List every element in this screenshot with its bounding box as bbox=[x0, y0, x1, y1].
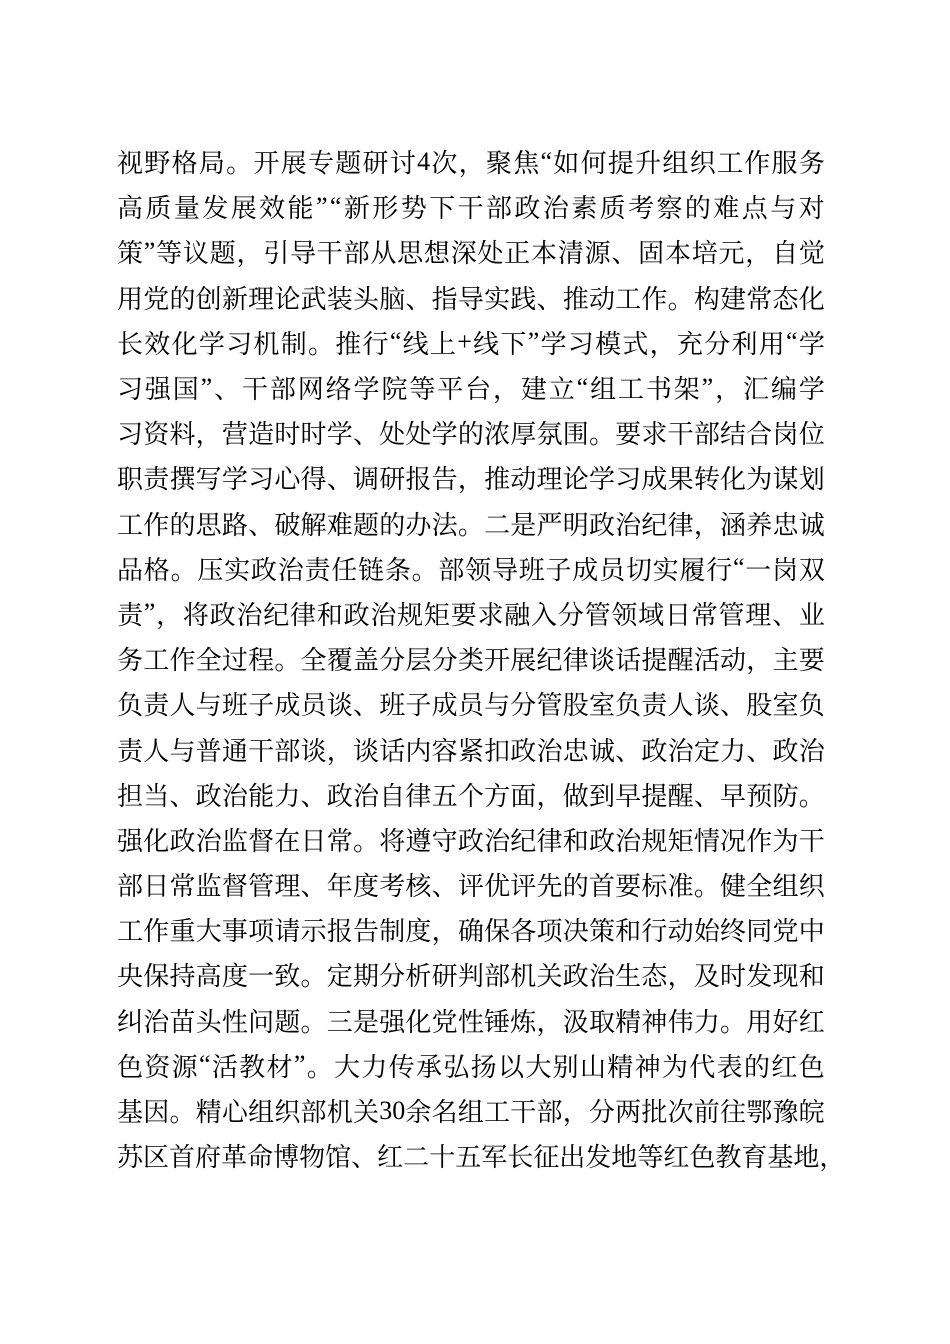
text-line: 央保持高度一致。定期分析研判部机关政治生态，及时发现和 bbox=[117, 952, 825, 997]
text-line: 部日常监督管理、年度考核、评优评先的首要标准。健全组织 bbox=[117, 862, 825, 907]
text-line: 强化政治监督在日常。将遵守政治纪律和政治规矩情况作为干 bbox=[117, 817, 825, 862]
text-line: 工作的思路、破解难题的办法。二是严明政治纪律，涵养忠诚 bbox=[117, 501, 825, 546]
text-line: 职责撰写学习心得、调研报告，推动理论学习成果转化为谋划 bbox=[117, 455, 825, 500]
text-line: 担当、政治能力、政治自律五个方面，做到早提醒、早预防。 bbox=[117, 772, 825, 817]
text-line: 责”，将政治纪律和政治规矩要求融入分管领域日常管理、业 bbox=[117, 591, 825, 636]
text-line: 负责人与班子成员谈、班子成员与分管股室负责人谈、股室负 bbox=[117, 681, 825, 726]
text-line: 基因。精心组织部机关30余名组工干部，分两批次前往鄂豫皖 bbox=[117, 1088, 825, 1133]
text-line: 色资源“活教材”。大力传承弘扬以大别山精神为代表的红色 bbox=[117, 1043, 825, 1088]
text-line: 高质量发展效能”“新形势下干部政治素质考察的难点与对 bbox=[117, 184, 825, 229]
document-page: 视野格局。开展专题研讨4次，聚焦“如何提升组织工作服务 高质量发展效能”“新形势… bbox=[0, 0, 950, 1344]
text-line: 务工作全过程。全覆盖分层分类开展纪律谈话提醒活动，主要 bbox=[117, 636, 825, 681]
text-line: 习资料，营造时时学、处处学的浓厚氛围。要求干部结合岗位 bbox=[117, 410, 825, 455]
text-line: 苏区首府革命博物馆、红二十五军长征出发地等红色教育基地， bbox=[117, 1133, 825, 1178]
text-line: 习强国”、干部网络学院等平台，建立“组工书架”，汇编学 bbox=[117, 365, 825, 410]
text-line: 责人与普通干部谈，谈话内容紧扣政治忠诚、政治定力、政治 bbox=[117, 726, 825, 771]
text-line: 工作重大事项请示报告制度，确保各项决策和行动始终同党中 bbox=[117, 907, 825, 952]
text-line: 纠治苗头性问题。三是强化党性锤炼，汲取精神伟力。用好红 bbox=[117, 998, 825, 1043]
body-text-paragraph: 视野格局。开展专题研讨4次，聚焦“如何提升组织工作服务 高质量发展效能”“新形势… bbox=[117, 139, 825, 1178]
text-line: 用党的创新理论武装头脑、指导实践、推动工作。构建常态化 bbox=[117, 275, 825, 320]
text-line: 品格。压实政治责任链条。部领导班子成员切实履行“一岗双 bbox=[117, 546, 825, 591]
text-line: 策”等议题，引导干部从思想深处正本清源、固本培元，自觉 bbox=[117, 229, 825, 274]
text-line: 视野格局。开展专题研讨4次，聚焦“如何提升组织工作服务 bbox=[117, 139, 825, 184]
text-line: 长效化学习机制。推行“线上+线下”学习模式，充分利用“学 bbox=[117, 320, 825, 365]
